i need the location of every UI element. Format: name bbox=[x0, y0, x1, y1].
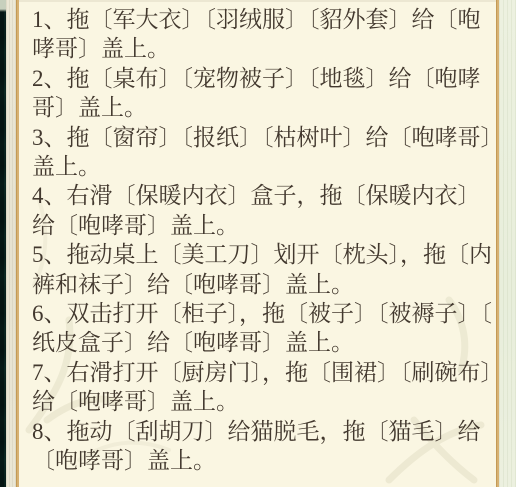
instruction-step-3: 3、拖〔窗帘〕〔报纸〕〔枯树叶〕给〔咆哮哥〕盖上。 bbox=[32, 123, 496, 182]
right-border-ornament bbox=[496, 0, 516, 487]
instruction-step-6: 6、双击打开〔柜子〕，拖〔被子〕〔被褥子〕〔纸皮盒子〕给〔咆哮哥〕盖上。 bbox=[32, 299, 496, 358]
instruction-step-1: 1、拖〔军大衣〕〔羽绒服〕〔貂外套〕给〔咆哮哥〕盖上。 bbox=[32, 5, 496, 64]
instruction-step-5: 5、拖动桌上〔美工刀〕划开〔枕头〕，拖〔内裤和袜子〕给〔咆哮哥〕盖上。 bbox=[32, 240, 496, 299]
right-edge-strip bbox=[499, 0, 516, 487]
beige-inner-strip bbox=[6, 0, 16, 487]
instruction-step-2: 2、拖〔桌布〕〔宠物被子〕〔地毯〕给〔咆哮哥〕盖上。 bbox=[32, 64, 496, 123]
hint-panel: 1、拖〔军大衣〕〔羽绒服〕〔貂外套〕给〔咆哮哥〕盖上。 2、拖〔桌布〕〔宠物被子… bbox=[0, 0, 516, 487]
instruction-scroll-area[interactable]: 1、拖〔军大衣〕〔羽绒服〕〔貂外套〕给〔咆哮哥〕盖上。 2、拖〔桌布〕〔宠物被子… bbox=[19, 0, 496, 487]
instruction-step-8: 8、拖动〔刮胡刀〕给猫脱毛，拖〔猫毛〕给〔咆哮哥〕盖上。 bbox=[32, 417, 496, 476]
instruction-list: 1、拖〔军大衣〕〔羽绒服〕〔貂外套〕给〔咆哮哥〕盖上。 2、拖〔桌布〕〔宠物被子… bbox=[32, 5, 496, 476]
instruction-step-4: 4、右滑〔保暖内衣〕盒子，拖〔保暖内衣〕给〔咆哮哥〕盖上。 bbox=[32, 181, 496, 240]
instruction-step-7: 7、右滑打开〔厨房门〕，拖〔围裙〕〔刷碗布〕给〔咆哮哥〕盖上。 bbox=[32, 358, 496, 417]
left-border-ornament bbox=[0, 0, 19, 487]
